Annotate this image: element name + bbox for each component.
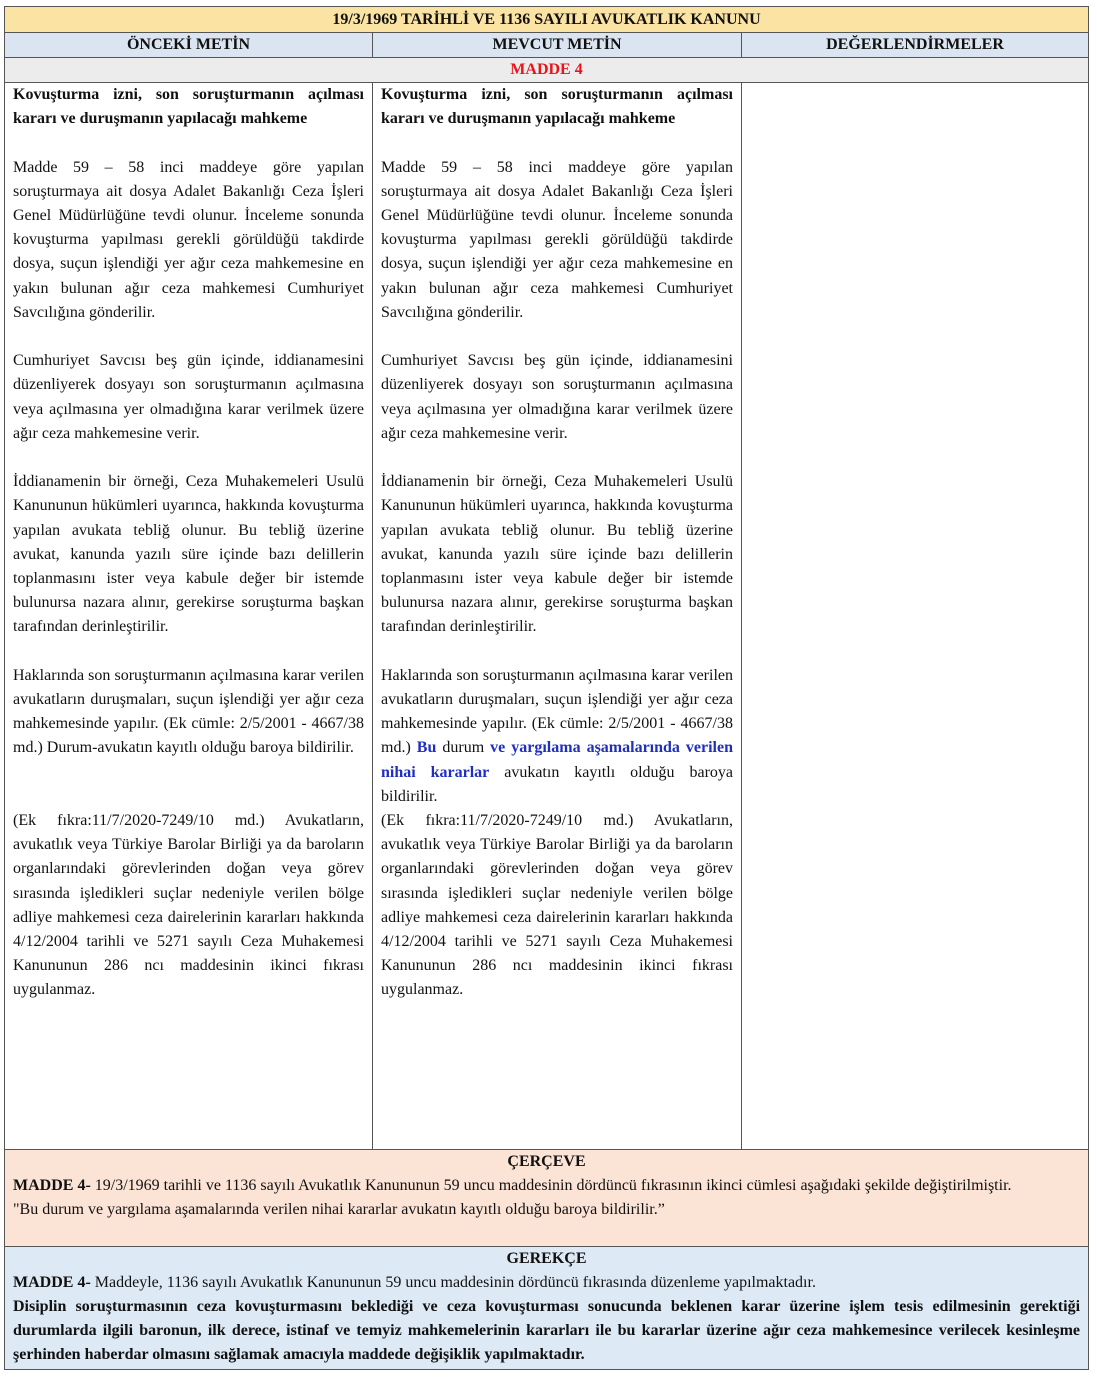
column-header-degerlendirmeler: DEĞERLENDİRMELER	[742, 33, 1089, 58]
cerceve-text: MADDE 4- 19/3/1969 tarihli ve 1136 sayıl…	[13, 1174, 1080, 1198]
madde-label: MADDE 4	[5, 58, 1089, 83]
onceki-paragraph-3: İddianamenin bir örneği, Ceza Muhakemele…	[13, 470, 364, 639]
document-title: 19/3/1969 TARİHLİ VE 1136 SAYILI AVUKATL…	[5, 7, 1089, 33]
column-header-mevcut: MEVCUT METİN	[373, 33, 742, 58]
title-row: 19/3/1969 TARİHLİ VE 1136 SAYILI AVUKATL…	[5, 7, 1089, 33]
body-row: Kovuşturma izni, son soruşturmanın açılm…	[5, 83, 1089, 1150]
gerekce-title: GEREKÇE	[13, 1247, 1080, 1271]
onceki-paragraph-2: Cumhuriyet Savcısı beş gün içinde, iddia…	[13, 349, 364, 446]
cerceve-row: ÇERÇEVE MADDE 4- 19/3/1969 tarihli ve 11…	[5, 1150, 1089, 1247]
mevcut-paragraph-2: Cumhuriyet Savcısı beş gün içinde, iddia…	[381, 349, 733, 446]
degerlendirmeler-cell	[742, 83, 1089, 1150]
gerekce-body: Maddeyle, 1136 sayılı Avukatlık Kanununu…	[91, 1274, 816, 1291]
onceki-heading: Kovuşturma izni, son soruşturmanın açılm…	[13, 83, 364, 131]
madde-row: MADDE 4	[5, 58, 1089, 83]
cerceve-title: ÇERÇEVE	[13, 1150, 1080, 1174]
mevcut-heading: Kovuşturma izni, son soruşturmanın açılm…	[381, 83, 733, 131]
gerekce-text: MADDE 4- Maddeyle, 1136 sayılı Avukatlık…	[13, 1271, 1080, 1295]
mevcut-p4-highlight-bu: Bu	[417, 739, 437, 756]
gerekce-bold-text: Disiplin soruşturmasının ceza kovuşturma…	[13, 1295, 1080, 1367]
onceki-paragraph-1: Madde 59 – 58 inci maddeye göre yapılan …	[13, 156, 364, 325]
mevcut-metin-cell: Kovuşturma izni, son soruşturmanın açılm…	[373, 83, 742, 1150]
cerceve-lead: MADDE 4-	[13, 1177, 91, 1194]
header-row: ÖNCEKİ METİN MEVCUT METİN DEĞERLENDİRMEL…	[5, 33, 1089, 58]
gerekce-lead: MADDE 4-	[13, 1274, 91, 1291]
mevcut-paragraph-5: (Ek fıkra:11/7/2020-7249/10 md.) Avukatl…	[381, 809, 733, 1003]
onceki-metin-cell: Kovuşturma izni, son soruşturmanın açılm…	[5, 83, 373, 1150]
onceki-paragraph-5: (Ek fıkra:11/7/2020-7249/10 md.) Avukatl…	[13, 809, 364, 1003]
mevcut-p4-durum: durum	[436, 739, 490, 756]
cerceve-quote: "Bu durum ve yargılama aşamalarında veri…	[13, 1198, 1080, 1222]
gerekce-row: GEREKÇE MADDE 4- Maddeyle, 1136 sayılı A…	[5, 1247, 1089, 1370]
cerceve-body: 19/3/1969 tarihli ve 1136 sayılı Avukatl…	[91, 1177, 1012, 1194]
column-header-onceki: ÖNCEKİ METİN	[5, 33, 373, 58]
mevcut-paragraph-1: Madde 59 – 58 inci maddeye göre yapılan …	[381, 156, 733, 325]
comparison-table: 19/3/1969 TARİHLİ VE 1136 SAYILI AVUKATL…	[4, 6, 1089, 1370]
mevcut-paragraph-3: İddianamenin bir örneği, Ceza Muhakemele…	[381, 470, 733, 639]
mevcut-paragraph-4: Haklarında son soruşturmanın açılmasına …	[381, 664, 733, 809]
onceki-paragraph-4: Haklarında son soruşturmanın açılmasına …	[13, 664, 364, 761]
